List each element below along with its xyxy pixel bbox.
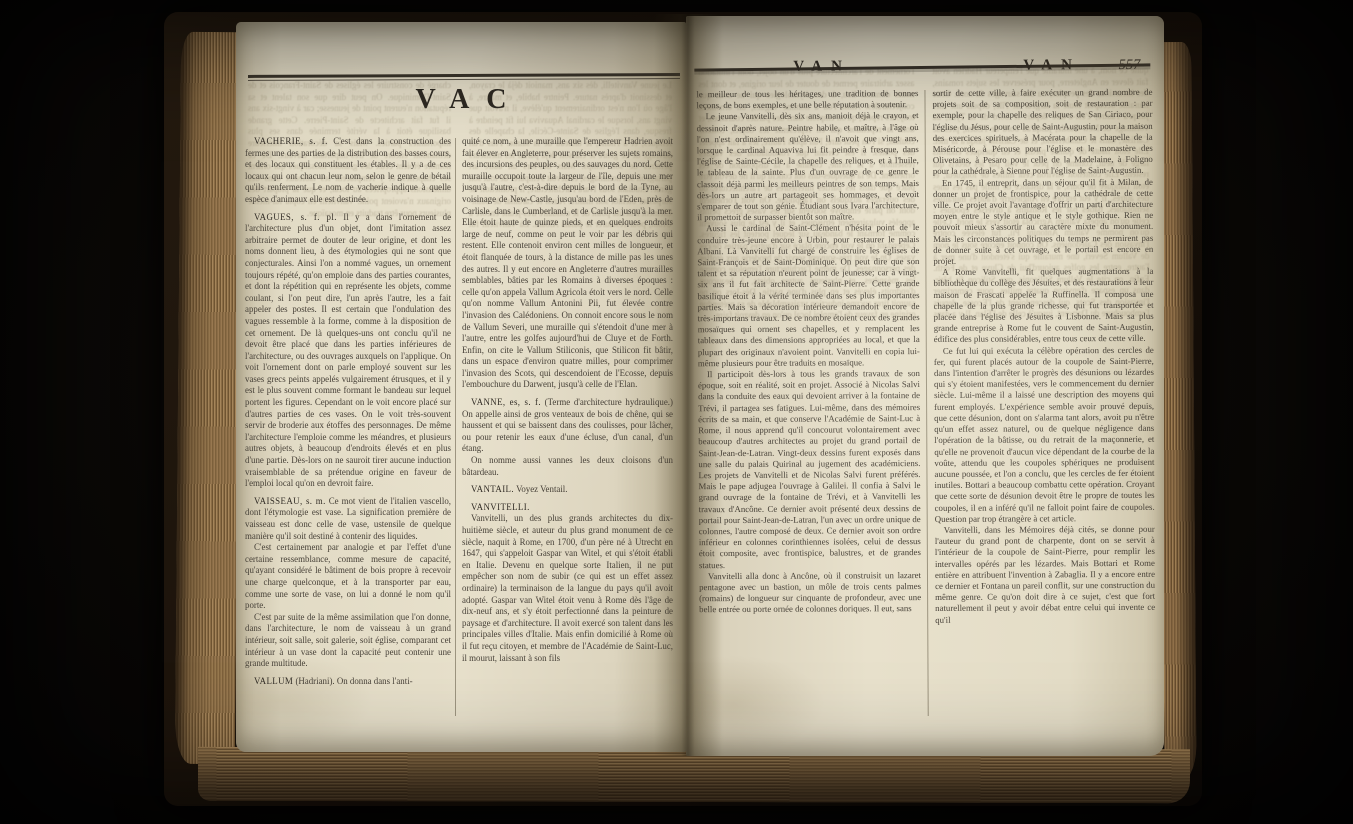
vanvitelli-para-memoires: Vanvitelli, dans les Mémoires déjà cités…	[935, 524, 1156, 626]
entry-headword: VANTAIL.	[471, 484, 514, 494]
entry-text: sortir de cette ville, à faire exécuter …	[932, 87, 1152, 177]
right-fore-edge	[1159, 42, 1196, 786]
entry-vallum: VALLUM (Hadriani). On donna dans l'anti-	[245, 676, 451, 688]
section-heading-vac: VAC	[236, 84, 686, 116]
column-divider-rule	[455, 138, 456, 716]
right-page-column-2: sortir de cette ville, à faire exécuter …	[932, 87, 1155, 718]
right-page-column-1: le meilleur de tous les héritages, une t…	[696, 88, 921, 719]
entry-vaisseau-para-2: C'est certainement par analogie et par l…	[245, 542, 451, 612]
right-page: quité ce nom, à une muraille que l'emper…	[686, 16, 1164, 756]
entry-vaisseau: VAISSEAU, s. m. Ce mot vient de l'italie…	[245, 496, 451, 542]
entry-text: Vanvitelli, un des plus grands architect…	[462, 513, 673, 662]
entry-text: Le jeune Vanvitelli, dès six ans, manioi…	[697, 110, 919, 222]
entry-text: Vanvitelli alla donc à Ancône, où il con…	[699, 570, 921, 615]
entry-headword: VAGUES, s. f. pl.	[254, 212, 337, 222]
entry-text: C'est par suite de la même assimilation …	[245, 612, 451, 668]
photo-backdrop: Le jeune Vanvitelli, dès six ans, manioi…	[0, 0, 1353, 824]
entry-text: Il y a dans l'ornement de l'architecture…	[245, 212, 451, 489]
entry-text: Voyez Ventail.	[516, 484, 567, 494]
entry-vallum-continuation: quité ce nom, à une muraille que l'emper…	[462, 136, 673, 391]
left-fore-edge	[175, 32, 241, 764]
entry-text: (Hadriani). On donna dans l'anti-	[295, 676, 412, 686]
entry-vantail: VANTAIL. Voyez Ventail.	[462, 484, 673, 496]
entry-text: On nomme aussi vannes les deux cloisons …	[462, 455, 673, 477]
entry-vagues: VAGUES, s. f. pl. Il y a dans l'ornement…	[245, 212, 451, 490]
vanvitelli-para-projets: sortir de cette ville, à faire exécuter …	[932, 87, 1152, 178]
entry-vanne-para-2: On nomme aussi vannes les deux cloisons …	[462, 455, 673, 478]
entry-text: quité ce nom, à une muraille que l'emper…	[462, 136, 673, 389]
vanvitelli-para-ancone: Vanvitelli alla donc à Ancône, où il con…	[699, 570, 921, 616]
vanvitelli-para-youth: Le jeune Vanvitelli, dès six ans, manioi…	[697, 110, 920, 223]
entry-headword: VANVITELLI.	[471, 502, 530, 512]
vanvitelli-para-rome: A Rome Vanvitelli, fit quelques augmenta…	[933, 266, 1153, 346]
entry-text: le meilleur de tous les héritages, une t…	[696, 88, 918, 110]
running-head-left: VAN	[784, 58, 844, 75]
entry-headword: VANNE, es, s. f.	[471, 397, 541, 407]
entry-text: A Rome Vanvitelli, fit quelques augmenta…	[933, 266, 1153, 344]
entry-vanvitelli-heading: VANVITELLI.	[462, 502, 673, 514]
entry-headword: VALLUM	[254, 676, 293, 686]
entry-headword: VAISSEAU, s. m.	[254, 496, 326, 506]
entry-vaisseau-para-3: C'est par suite de la même assimilation …	[245, 612, 451, 670]
entry-text: Vanvitelli, dans les Mémoires déjà cités…	[935, 524, 1155, 625]
entry-vanvitelli-text: Vanvitelli, un des plus grands architect…	[462, 513, 673, 664]
entry-text: En 1745, il entreprit, dans un séjour qu…	[933, 176, 1153, 266]
vanvitelli-para-urbin: Aussi le cardinal de Saint-Clément n'hés…	[697, 222, 920, 369]
vanvitelli-para-coupole: Ce fut lui qui exécuta la célèbre opérat…	[934, 344, 1155, 524]
entry-text: C'est dans la construction des fermes un…	[245, 136, 451, 204]
entry-headword: VACHERIE, s. f.	[254, 136, 328, 146]
entry-vanne: VANNE, es, s. f. (Terme d'architecture h…	[462, 397, 673, 455]
vanvitelli-para-milan: En 1745, il entreprit, dans un séjour qu…	[933, 176, 1153, 267]
page-number: 557	[1119, 57, 1141, 74]
entry-text: Il participoit dès-lors à tous les grand…	[698, 368, 921, 570]
left-page: Le jeune Vanvitelli, dès six ans, manioi…	[236, 22, 686, 752]
entry-text: Ce fut lui qui exécuta la célèbre opérat…	[934, 344, 1155, 523]
left-page-column-1: VACHERIE, s. f. C'est dans la constructi…	[245, 136, 451, 718]
entry-text: Aussi le cardinal de Saint-Clément n'hés…	[697, 222, 920, 368]
vanvitelli-para-trevi: Il participoit dès-lors à tous les grand…	[698, 368, 921, 571]
entry-vacherie: VACHERIE, s. f. C'est dans la constructi…	[245, 136, 451, 206]
vanvitelli-continuation: le meilleur de tous les héritages, une t…	[696, 88, 918, 112]
running-head-right: VAN	[1014, 57, 1074, 74]
entry-text: C'est certainement par analogie et par l…	[245, 542, 451, 610]
header-rule	[248, 73, 680, 78]
left-page-column-2: quité ce nom, à une muraille que l'emper…	[462, 136, 673, 718]
right-page-content: quité ce nom, à une muraille que l'emper…	[686, 16, 1164, 756]
